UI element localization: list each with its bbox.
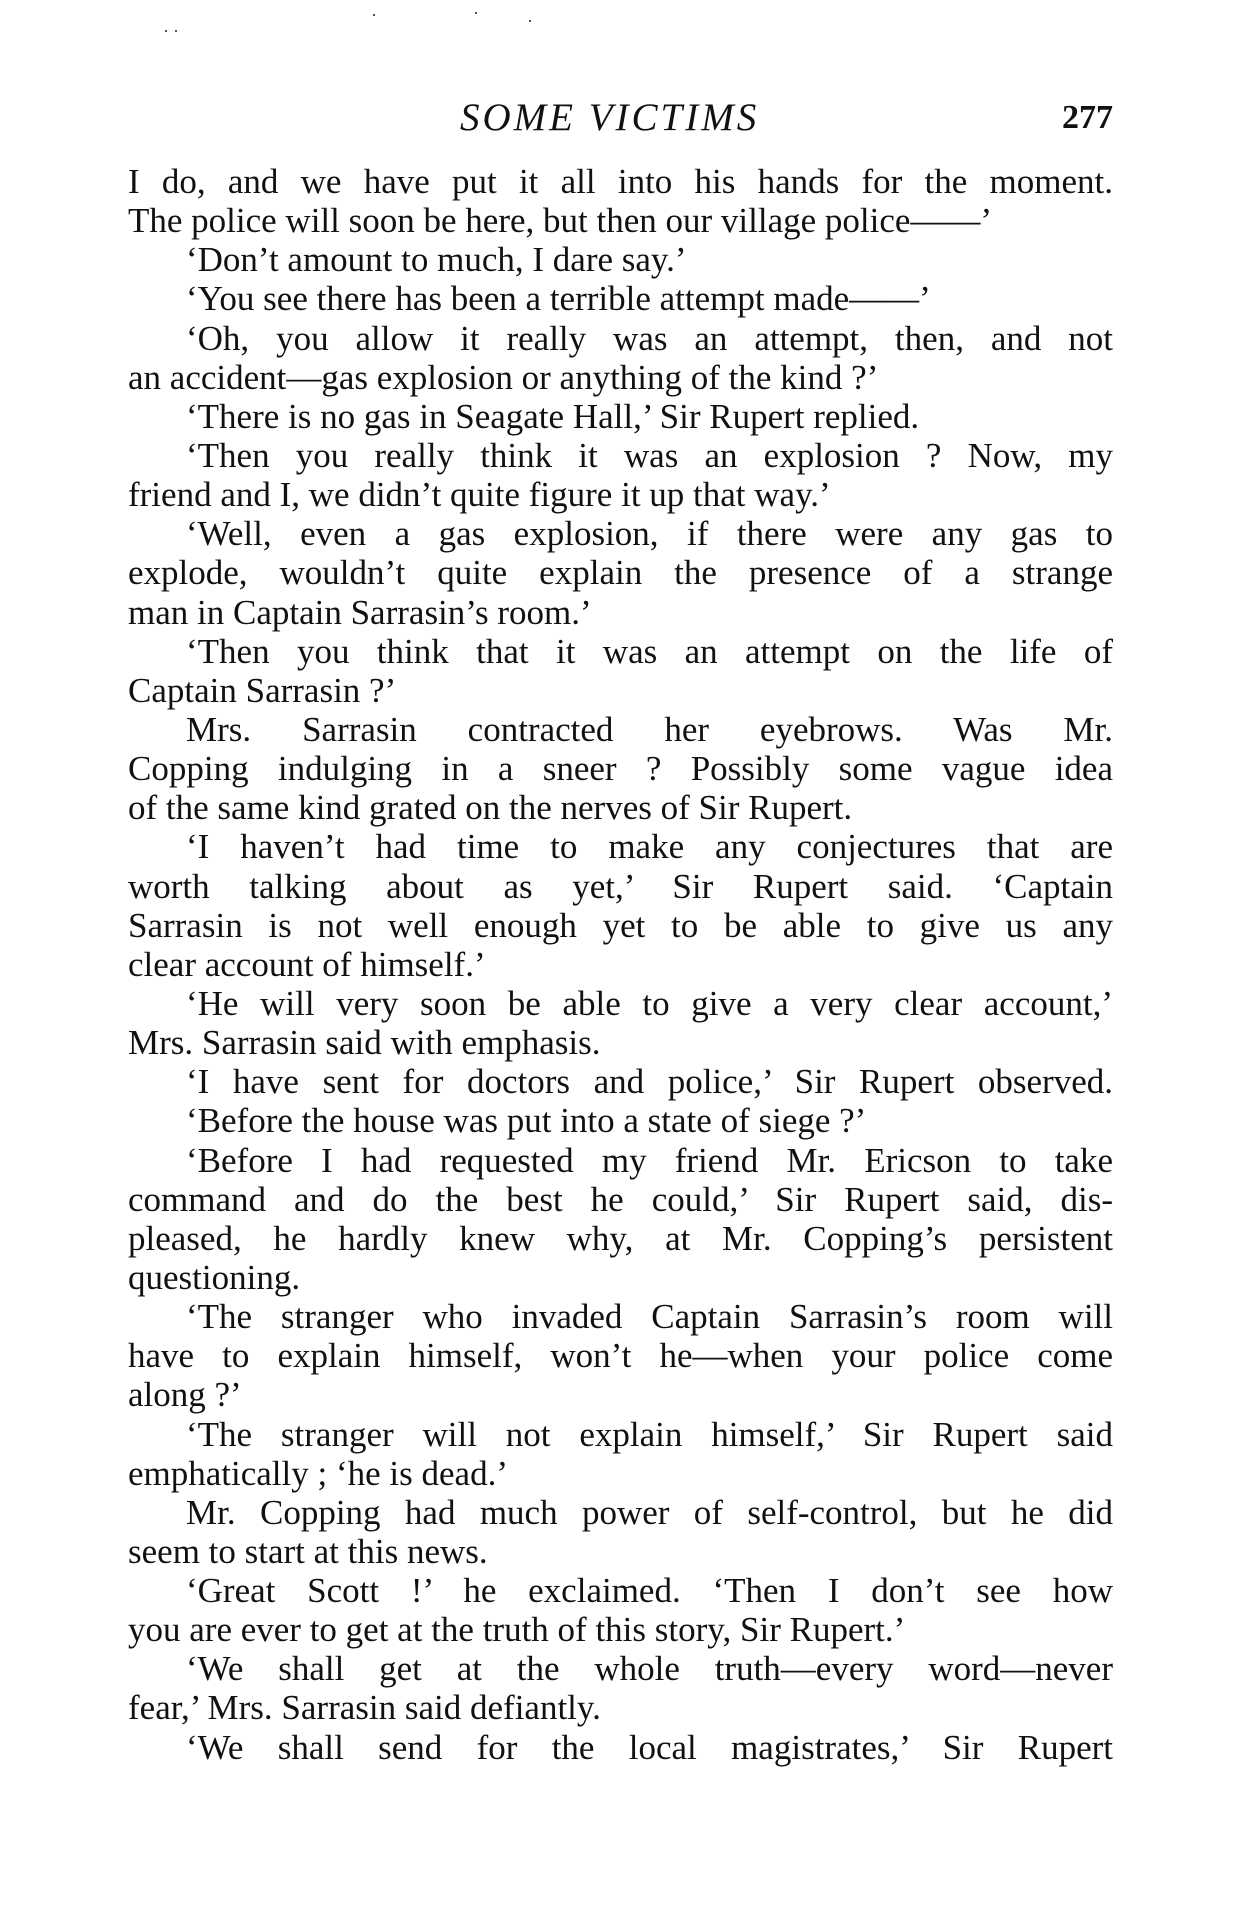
paragraph-first-line: ‘The stranger who invaded Captain Sarras… <box>128 1297 1113 1336</box>
text-line: Mrs. Sarrasin said with emphasis. <box>128 1023 1113 1062</box>
paragraph-first-line: Mr. Copping had much power of self-contr… <box>128 1493 1113 1532</box>
scan-speck <box>529 20 531 22</box>
scan-speck <box>175 30 177 32</box>
book-page: SOME VICTIMS 277 I do, and we have put i… <box>0 0 1257 1915</box>
scan-speck <box>475 12 477 14</box>
paragraph-first-line: ‘Then you think that it was an attempt o… <box>128 632 1113 671</box>
scan-speck <box>165 30 167 32</box>
text-line: explode, wouldn’t quite explain the pres… <box>128 553 1113 592</box>
text-line: seem to start at this news. <box>128 1532 1113 1571</box>
paragraph-first-line: ‘Great Scott !’ he exclaimed. ‘Then I do… <box>128 1571 1113 1610</box>
paragraph-first-line: ‘Don’t amount to much, I dare say.’ <box>128 240 1113 279</box>
text-line: friend and I, we didn’t quite figure it … <box>128 475 1113 514</box>
text-line: fear,’ Mrs. Sarrasin said defiantly. <box>128 1688 1113 1727</box>
text-line: worth talking about as yet,’ Sir Rupert … <box>128 867 1113 906</box>
text-line: questioning. <box>128 1258 1113 1297</box>
body-text: I do, and we have put it all into his ha… <box>128 162 1113 1767</box>
paragraph-first-line: ‘I have sent for doctors and police,’ Si… <box>128 1062 1113 1101</box>
paragraph-first-line: ‘I haven’t had time to make any conjectu… <box>128 827 1113 866</box>
text-line: of the same kind grated on the nerves of… <box>128 788 1113 827</box>
running-head: SOME VICTIMS 277 <box>128 96 1113 140</box>
paragraph-first-line: ‘We shall get at the whole truth—every w… <box>128 1649 1113 1688</box>
paragraph-first-line: Mrs. Sarrasin contracted her eyebrows. W… <box>128 710 1113 749</box>
paragraph-first-line: ‘Then you really think it was an explosi… <box>128 436 1113 475</box>
running-title: SOME VICTIMS <box>460 96 759 140</box>
scan-speck <box>373 14 375 16</box>
paragraph-first-line: ‘The stranger will not explain himself,’… <box>128 1415 1113 1454</box>
text-line: pleased, he hardly knew why, at Mr. Copp… <box>128 1219 1113 1258</box>
text-line: clear account of himself.’ <box>128 945 1113 984</box>
paragraph-first-line: ‘Well, even a gas explosion, if there we… <box>128 514 1113 553</box>
text-line: an accident—gas explosion or anything of… <box>128 358 1113 397</box>
paragraph-first-line: ‘You see there has been a terrible attem… <box>128 279 1113 318</box>
text-line: along ?’ <box>128 1375 1113 1414</box>
paragraph-first-line: ‘We shall send for the local magistrates… <box>128 1728 1113 1767</box>
text-line: I do, and we have put it all into his ha… <box>128 162 1113 201</box>
paragraph-first-line: ‘There is no gas in Seagate Hall,’ Sir R… <box>128 397 1113 436</box>
page-number: 277 <box>1062 96 1113 140</box>
text-line: Copping indulging in a sneer ? Possibly … <box>128 749 1113 788</box>
paragraph-first-line: ‘Oh, you allow it really was an attempt,… <box>128 319 1113 358</box>
text-line: have to explain himself, won’t he—when y… <box>128 1336 1113 1375</box>
paragraph-first-line: ‘Before the house was put into a state o… <box>128 1101 1113 1140</box>
text-line: The police will soon be here, but then o… <box>128 201 1113 240</box>
text-line: you are ever to get at the truth of this… <box>128 1610 1113 1649</box>
text-line: Captain Sarrasin ?’ <box>128 671 1113 710</box>
text-line: man in Captain Sarrasin’s room.’ <box>128 593 1113 632</box>
paragraph-first-line: ‘He will very soon be able to give a ver… <box>128 984 1113 1023</box>
text-line: emphatically ; ‘he is dead.’ <box>128 1454 1113 1493</box>
text-line: command and do the best he could,’ Sir R… <box>128 1180 1113 1219</box>
paragraph-first-line: ‘Before I had requested my friend Mr. Er… <box>128 1141 1113 1180</box>
text-line: Sarrasin is not well enough yet to be ab… <box>128 906 1113 945</box>
